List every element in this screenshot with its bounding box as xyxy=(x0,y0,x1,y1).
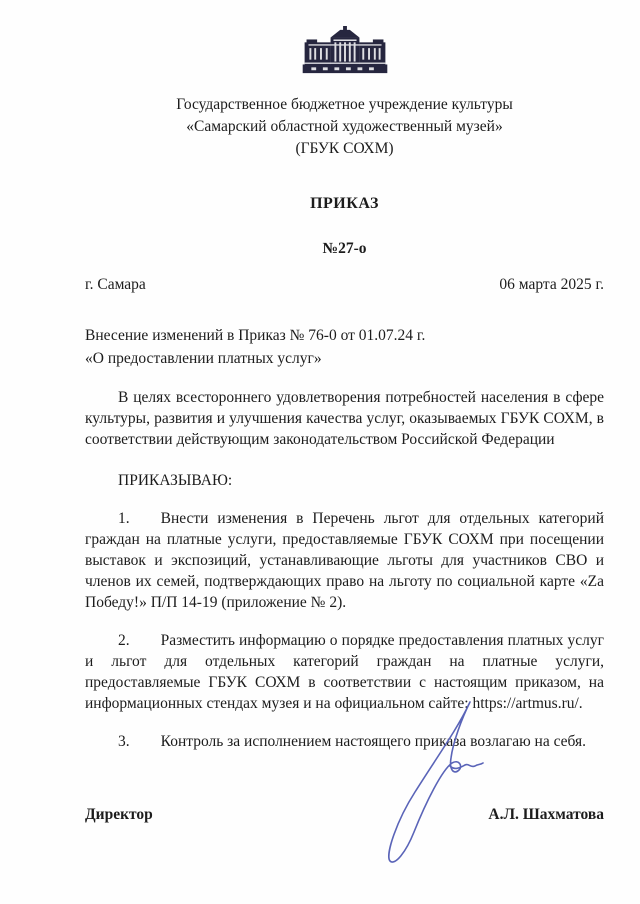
signature-row: Директор А.Л. Шахматова xyxy=(85,804,604,825)
city-date-row: г. Самара 06 марта 2025 г. xyxy=(85,274,604,295)
order-item-2: 2.Разместить информацию о порядке предос… xyxy=(85,630,604,714)
doc-number: №27-о xyxy=(85,238,604,259)
order-item-2-number: 2. xyxy=(118,632,130,649)
doc-date: 06 марта 2025 г. xyxy=(499,274,604,295)
order-item-1-text: Внести изменения в Перечень льгот для от… xyxy=(85,510,604,611)
org-name-line2: «Самарский областной художественный музе… xyxy=(85,116,604,138)
order-item-3-number: 3. xyxy=(118,733,130,750)
doc-type-title: ПРИКАЗ xyxy=(85,193,604,214)
org-name-line3: (ГБУК СОХМ) xyxy=(85,138,604,160)
subject-line1: Внесение изменений в Приказ № 76-0 от 01… xyxy=(85,324,604,347)
order-item-1: 1.Внести изменения в Перечень льгот для … xyxy=(85,508,604,613)
order-item-3-text: Контроль за исполнением настоящего прика… xyxy=(161,733,586,750)
doc-city: г. Самара xyxy=(85,274,146,295)
subject-line2: «О предоставлении платных услуг» xyxy=(85,347,604,370)
museum-building-logo xyxy=(85,26,604,82)
org-name-line1: Государственное бюджетное учреждение кул… xyxy=(85,94,604,116)
order-item-2-text: Разместить информацию о порядке предоста… xyxy=(85,632,604,712)
preamble-paragraph: В целях всестороннего удовлетворения пот… xyxy=(85,387,604,450)
document-page: Государственное бюджетное учреждение кул… xyxy=(0,0,640,904)
order-item-3: 3.Контроль за исполнением настоящего при… xyxy=(85,731,604,752)
doc-subject: Внесение изменений в Приказ № 76-0 от 01… xyxy=(85,324,604,370)
order-word: ПРИКАЗЫВАЮ: xyxy=(85,470,604,491)
signer-position: Директор xyxy=(85,804,153,825)
signer-name: А.Л. Шахматова xyxy=(488,804,604,825)
order-item-1-number: 1. xyxy=(118,510,130,527)
museum-building-icon xyxy=(301,26,389,76)
